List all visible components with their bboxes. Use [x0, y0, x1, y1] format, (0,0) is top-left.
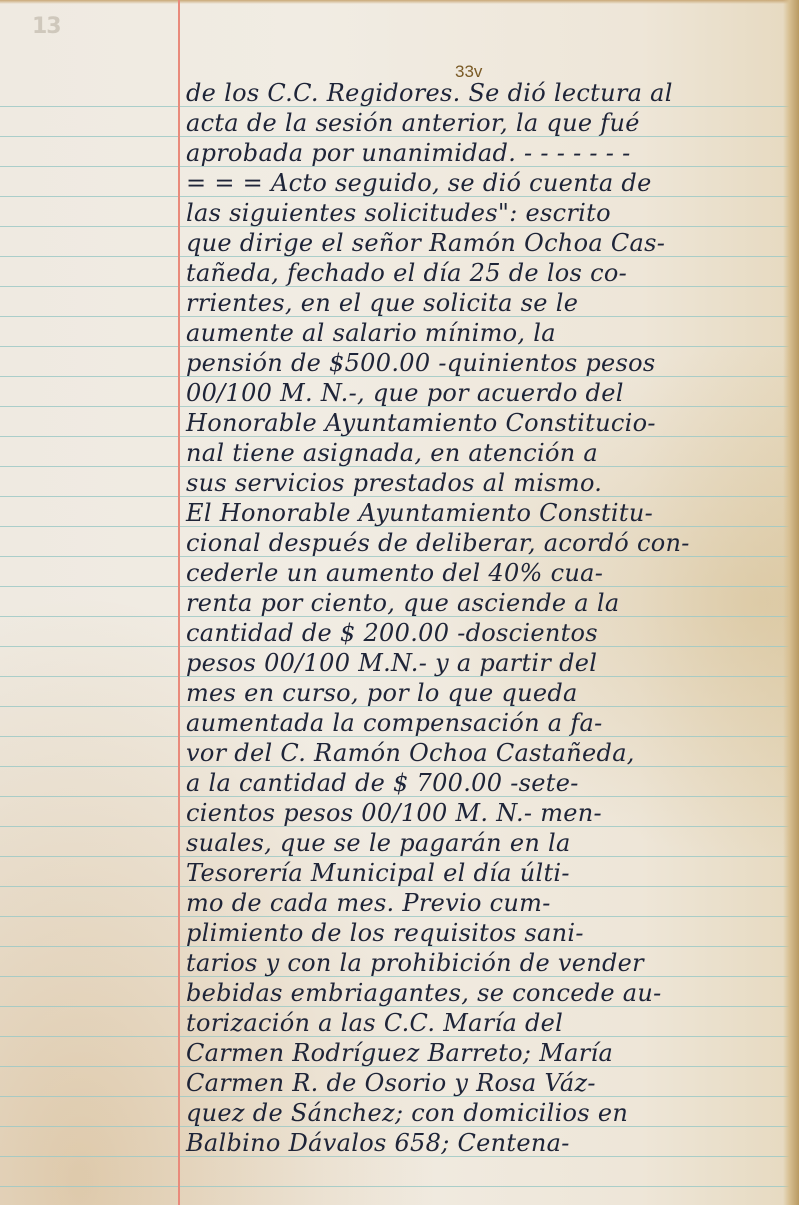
faded-corner-number: 13 [32, 14, 61, 39]
manuscript-line: Carmen Rodríguez Barreto; María [186, 1038, 776, 1068]
manuscript-line: las siguientes solicitudes": escrito [186, 198, 776, 228]
manuscript-line: cantidad de $ 200.00 -doscientos [186, 618, 776, 648]
manuscript-line: mes en curso, por lo que queda [186, 678, 776, 708]
manuscript-line: Honorable Ayuntamiento Constitucio- [186, 408, 776, 438]
manuscript-line: Carmen R. de Osorio y Rosa Váz- [186, 1068, 776, 1098]
manuscript-line: mo de cada mes. Previo cum- [186, 888, 776, 918]
manuscript-line: tarios y con la prohibición de vender [186, 948, 776, 978]
manuscript-line: que dirige el señor Ramón Ochoa Cas- [186, 228, 776, 258]
page-top-edge [0, 0, 799, 4]
manuscript-line: de los C.C. Regidores. Se dió lectura al [186, 78, 776, 108]
manuscript-line: sus servicios prestados al mismo. [186, 468, 776, 498]
page-binding-edge [783, 0, 799, 1205]
manuscript-line: tañeda, fechado el día 25 de los co- [186, 258, 776, 288]
manuscript-line: renta por ciento, que asciende a la [186, 588, 776, 618]
manuscript-line: 00/100 M. N.-, que por acuerdo del [186, 378, 776, 408]
manuscript-line: vor del C. Ramón Ochoa Castañeda, [186, 738, 776, 768]
manuscript-line: Tesorería Municipal el día últi- [186, 858, 776, 888]
manuscript-line: cederle un aumento del 40% cua- [186, 558, 776, 588]
manuscript-line: aumente al salario mínimo, la [186, 318, 776, 348]
manuscript-line: cional después de deliberar, acordó con- [186, 528, 776, 558]
manuscript-line: suales, que se le pagarán en la [186, 828, 776, 858]
ruled-line [0, 1186, 790, 1187]
manuscript-line: aprobada por unanimidad. - - - - - - - [186, 138, 776, 168]
manuscript-line: pesos 00/100 M.N.- y a partir del [186, 648, 776, 678]
manuscript-line: = = = Acto seguido, se dió cuenta de [186, 168, 776, 198]
manuscript-line: rrientes, en el que solicita se le [186, 288, 776, 318]
manuscript-line: torización a las C.C. María del [186, 1008, 776, 1038]
manuscript-line: quez de Sánchez; con domicilios en [186, 1098, 776, 1128]
manuscript-line: a la cantidad de $ 700.00 -sete- [186, 768, 776, 798]
manuscript-line: plimiento de los requisitos sani- [186, 918, 776, 948]
ledger-page: 13 33v de los C.C. Regidores. Se dió lec… [0, 0, 799, 1205]
manuscript-line: acta de la sesión anterior, la que fué [186, 108, 776, 138]
manuscript-line: nal tiene asignada, en atención a [186, 438, 776, 468]
manuscript-line: aumentada la compensación a fa- [186, 708, 776, 738]
manuscript-line: El Honorable Ayuntamiento Constitu- [186, 498, 776, 528]
manuscript-line: bebidas embriagantes, se concede au- [186, 978, 776, 1008]
manuscript-line: cientos pesos 00/100 M. N.- men- [186, 798, 776, 828]
red-margin-line [178, 0, 180, 1205]
manuscript-line: pensión de $500.00 -quinientos pesos [186, 348, 776, 378]
manuscript-line: Balbino Dávalos 658; Centena- [186, 1128, 776, 1158]
